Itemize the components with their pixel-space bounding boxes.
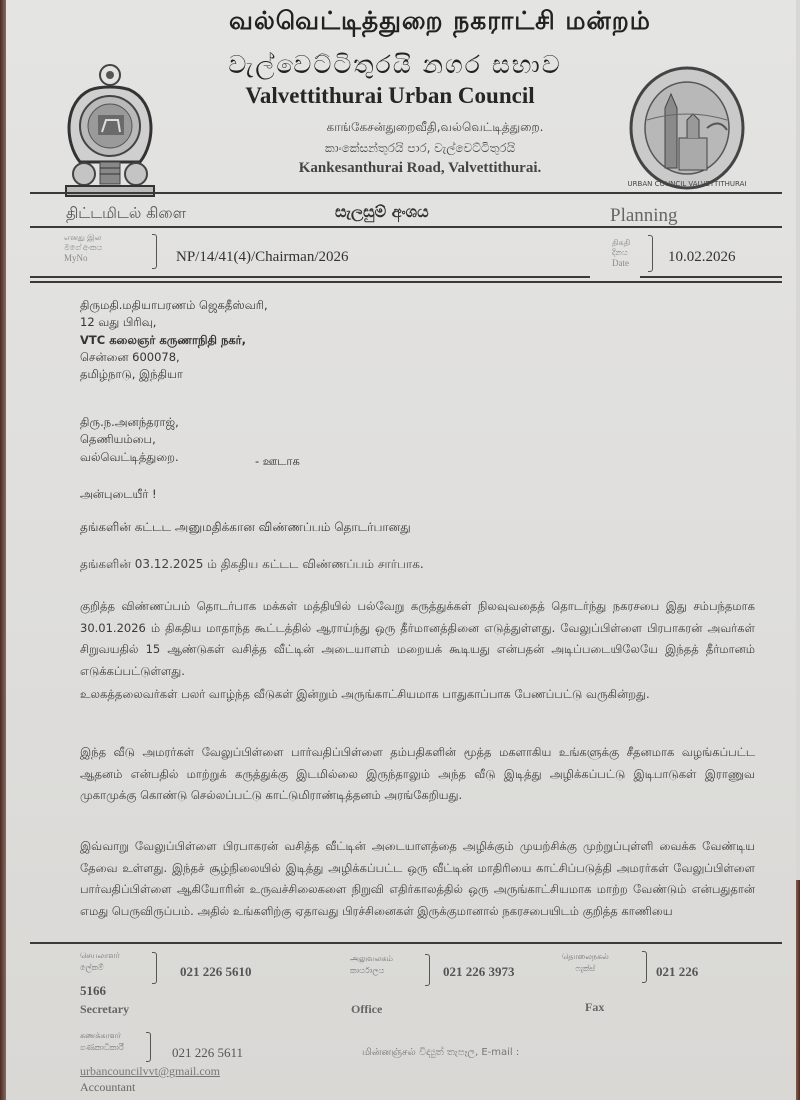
accountant-label-english: Accountant: [80, 1080, 135, 1095]
reference-divider: [30, 281, 782, 283]
brace: [152, 234, 157, 269]
brace: [425, 954, 430, 986]
secretary-label-english: Secretary: [80, 1002, 129, 1017]
reference-divider: [30, 276, 590, 278]
brace: [146, 1032, 151, 1062]
council-seal-icon: URBAN COUNCIL VALVETTITHURAI: [627, 58, 749, 192]
body-paragraph: இவ்வாறு வேலுப்பிள்ளை பிரபாகரன் வசித்த வீ…: [80, 836, 755, 922]
accountant-label: கணக்காளர் ගණකාධිකාරී: [80, 1030, 124, 1054]
reference-number: NP/14/41(4)/Chairman/2026: [176, 249, 349, 266]
svg-text:URBAN COUNCIL VALVETTITHURAI: URBAN COUNCIL VALVETTITHURAI: [628, 180, 747, 188]
office-label: அலுவலகம் කාර්යාලය: [350, 953, 393, 977]
council-name-sinhala: වැල්වෙට්ටිතුරයි නගර සභාව: [170, 50, 620, 80]
email-link[interactable]: urbancouncilvvt@gmail.com: [80, 1064, 220, 1079]
department-sinhala: සැලසුම් අංශය: [335, 202, 429, 222]
reference-divider: [640, 276, 782, 278]
fax-label-english: Fax: [585, 1000, 604, 1015]
council-name-tamil: வல்வெட்டித்துறை நகராட்சி மன்றம்: [160, 6, 720, 39]
body-paragraph: உலகத்தலைவர்கள் பலர் வாழ்ந்த வீடுகள் இன்ற…: [80, 684, 755, 706]
secretary-label: செயலாளர் ලේකම්: [80, 950, 120, 974]
department-divider: [30, 226, 782, 228]
address-tamil: காங்கேசன்துறைவீதி,வல்வெட்டித்துறை.: [270, 120, 600, 136]
office-label-english: Office: [351, 1002, 382, 1017]
fax-phone: 021 226: [656, 964, 698, 980]
reference-line: தங்களின் 03.12.2025 ம் திகதிய கட்டட விண்…: [80, 557, 424, 573]
brace: [152, 952, 157, 984]
department-tamil: திட்டமிடல் கிளை: [66, 204, 186, 224]
footer-divider: [30, 942, 782, 944]
header-divider: [30, 192, 782, 194]
email-label: மின்னஞ்சல் විද්‍යුත් තැපෑල, E-mail :: [362, 1047, 519, 1059]
body-paragraph: இந்த வீடு அமரர்கள் வேலுப்பிள்ளை பார்வதிப…: [80, 742, 755, 807]
office-phone: 021 226 3973: [443, 964, 515, 980]
national-emblem-icon: [62, 62, 158, 202]
accountant-phone: 021 226 5611: [172, 1045, 243, 1061]
brace: [642, 951, 647, 983]
salutation: அன்புடையீர் !: [80, 487, 157, 503]
paper-edge-shadow-right: [796, 880, 800, 1100]
brace: [648, 235, 653, 272]
secretary-phone: 021 226 5610: [180, 964, 252, 980]
my-no-label: எனது இல මගේ අංකය MyNo: [64, 233, 102, 263]
via-label: - ஊடாக: [255, 454, 300, 470]
date-label: திகதி දිනය Date: [612, 238, 630, 268]
via-recipient-address: திரு.ந.அனந்தராஜ், தெணியம்பை, வல்வெட்டித்…: [80, 414, 179, 466]
secretary-extension: 5166: [80, 983, 106, 999]
letter-date: 10.02.2026: [668, 249, 736, 266]
recipient-address: திருமதி.மதியாபரணம் ஜெகதீஸ்வரி, 12 வது பி…: [80, 297, 268, 383]
address-sinhala: කාංකේසන්තුරයි පාර, වැල්වෙට්ටිතුරයි: [270, 141, 570, 156]
address-english: Kankesanthurai Road, Valvettithurai.: [260, 160, 580, 177]
subject-line: தங்களின் கட்டட அனுமதிக்கான விண்ணப்பம் தொ…: [80, 520, 411, 536]
fax-label: தொலைநகல் ෆැක්ස්: [562, 951, 609, 975]
department-english: Planning: [610, 205, 678, 227]
body-paragraph: குறித்த விண்ணப்பம் தொடர்பாக மக்கள் மத்தி…: [80, 596, 755, 682]
council-name-english: Valvettithurai Urban Council: [175, 83, 605, 109]
